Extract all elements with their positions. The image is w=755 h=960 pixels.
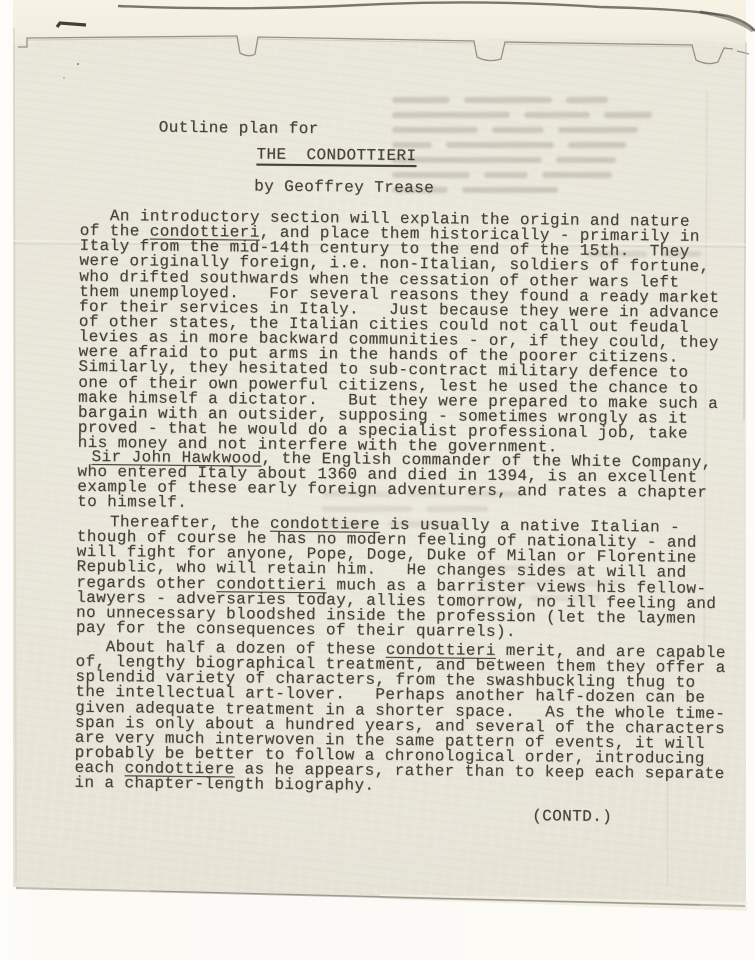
- scanned-document-page: { "document": { "header": { "line1": "Ou…: [0, 0, 755, 960]
- document-title: THE CONDOTTIERI: [256, 146, 416, 166]
- paragraph: Thereafter, the condottiere is usually a…: [76, 515, 717, 642]
- byline: by Geoffrey Trease: [254, 177, 434, 197]
- paragraph: An introductory section will explain the…: [78, 209, 720, 457]
- contd-label: (CONTD.): [532, 807, 612, 826]
- paragraph: About half a dozen of these condottieri …: [74, 640, 726, 798]
- text-segment: to himself.: [77, 493, 187, 512]
- paragraph: Sir John Hawkwood, the English commander…: [77, 450, 712, 517]
- header-line: Outline plan for: [159, 119, 319, 139]
- typed-content: Outline plan for THE CONDOTTIERI by Geof…: [0, 0, 755, 960]
- text-segment: in a chapter-length biography.: [74, 774, 374, 795]
